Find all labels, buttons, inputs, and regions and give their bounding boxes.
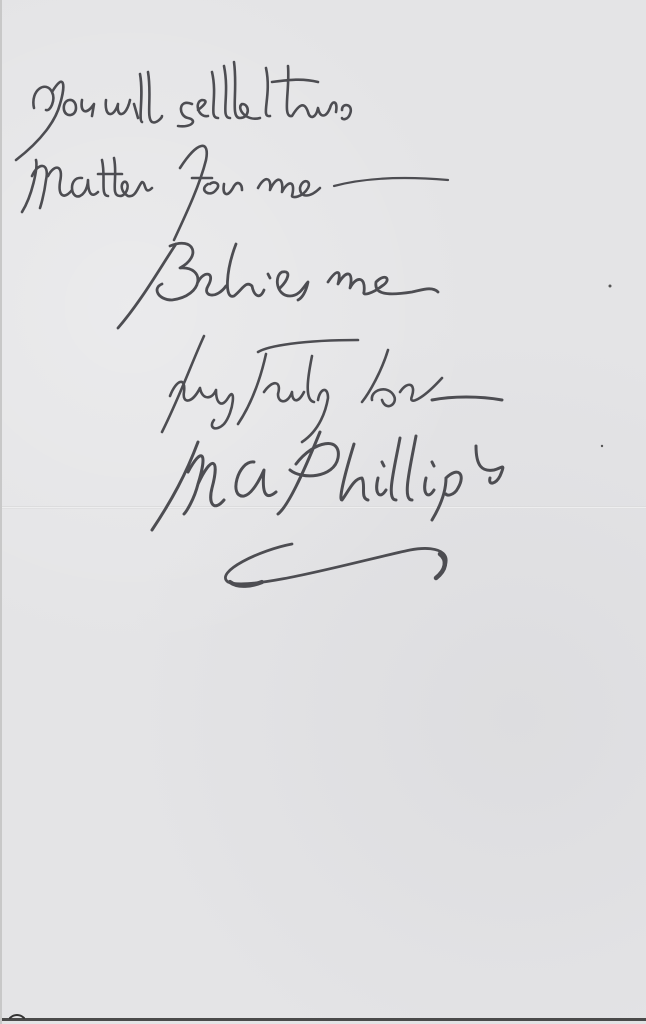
ink-line-3 <box>118 243 438 328</box>
letter-page: You will settle this matter for me — Bel… <box>0 0 646 1024</box>
signature-flourish <box>225 544 446 584</box>
ink-signature <box>152 432 503 530</box>
ink-line-2 <box>22 146 448 240</box>
ink-line-1 <box>16 62 351 160</box>
ink-line-4 <box>162 336 502 442</box>
